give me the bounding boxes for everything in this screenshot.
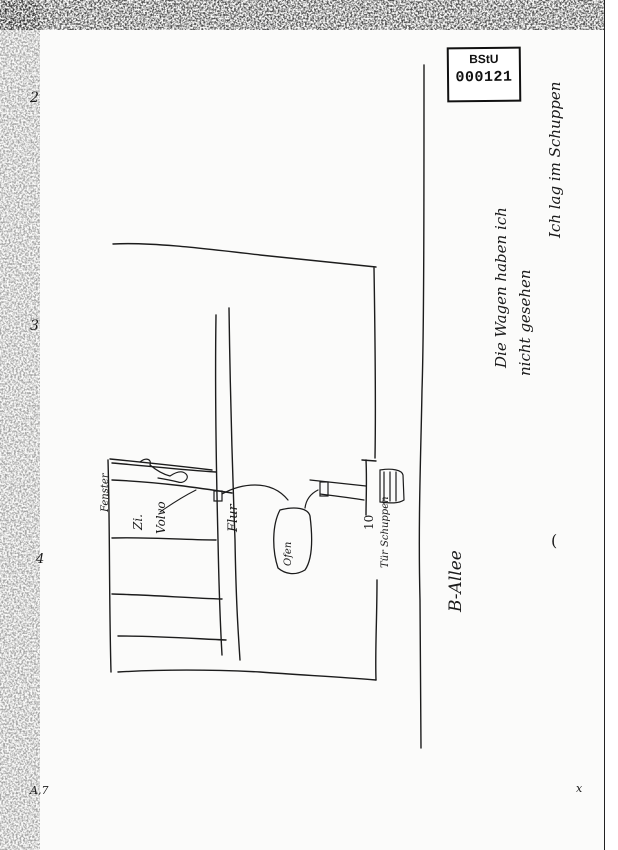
number-10-label: 10 — [362, 515, 376, 530]
margin-mark-right-paren: ( — [551, 531, 557, 550]
floor-plan-sketch — [0, 0, 618, 850]
room-divider-3 — [112, 538, 216, 540]
room-divider-4 — [112, 594, 222, 599]
margin-mark-right-bottom: x — [576, 782, 582, 795]
margin-mark-bottom-left: A,7 — [30, 784, 48, 797]
margin-mark-mid-left: 3 — [30, 318, 39, 334]
margin-mark-lower-left: 4 — [36, 552, 44, 567]
stove-pipe — [305, 490, 318, 508]
building-top-wall — [113, 244, 376, 267]
room-divider-5 — [118, 636, 226, 640]
door-marker — [214, 491, 222, 501]
corridor-wall-left — [216, 315, 222, 655]
building-bottom-wall — [118, 670, 376, 680]
handwritten-note-line-1: Die Wagen haben ich — [492, 207, 510, 368]
street-line — [419, 65, 424, 748]
corridor-wall-right — [229, 308, 240, 660]
stamp-title: BStU — [449, 52, 519, 67]
margin-mark-top-left: 2 — [30, 90, 39, 106]
building-right-wall-lower — [376, 580, 377, 680]
pipe-horizontal-top — [310, 480, 366, 486]
stove-label: Ofen — [283, 542, 294, 566]
volvo-label: Volvo — [154, 501, 168, 534]
handwritten-note-line-2: nicht gesehen — [516, 269, 534, 376]
scan-edge-border — [604, 0, 618, 850]
scanned-page: BStU 000121 Die Wagen haben ich nicht ge… — [0, 0, 618, 850]
street-label: B-Allee — [446, 550, 466, 612]
handwritten-note-line-3: Ich lag im Schuppen — [546, 82, 564, 238]
stamp-number: 000121 — [449, 69, 519, 87]
pipe-horizontal-bottom — [320, 494, 364, 500]
room-label: Zi. — [131, 514, 145, 530]
window-label: Fenster — [100, 473, 111, 512]
corridor-label: Flur — [226, 504, 241, 532]
gate-crossbar — [362, 460, 376, 461]
building-right-wall — [374, 268, 375, 458]
door-shed-label: Tür Schuppen — [380, 496, 391, 568]
bstu-archive-stamp: BStU 000121 — [447, 47, 522, 103]
